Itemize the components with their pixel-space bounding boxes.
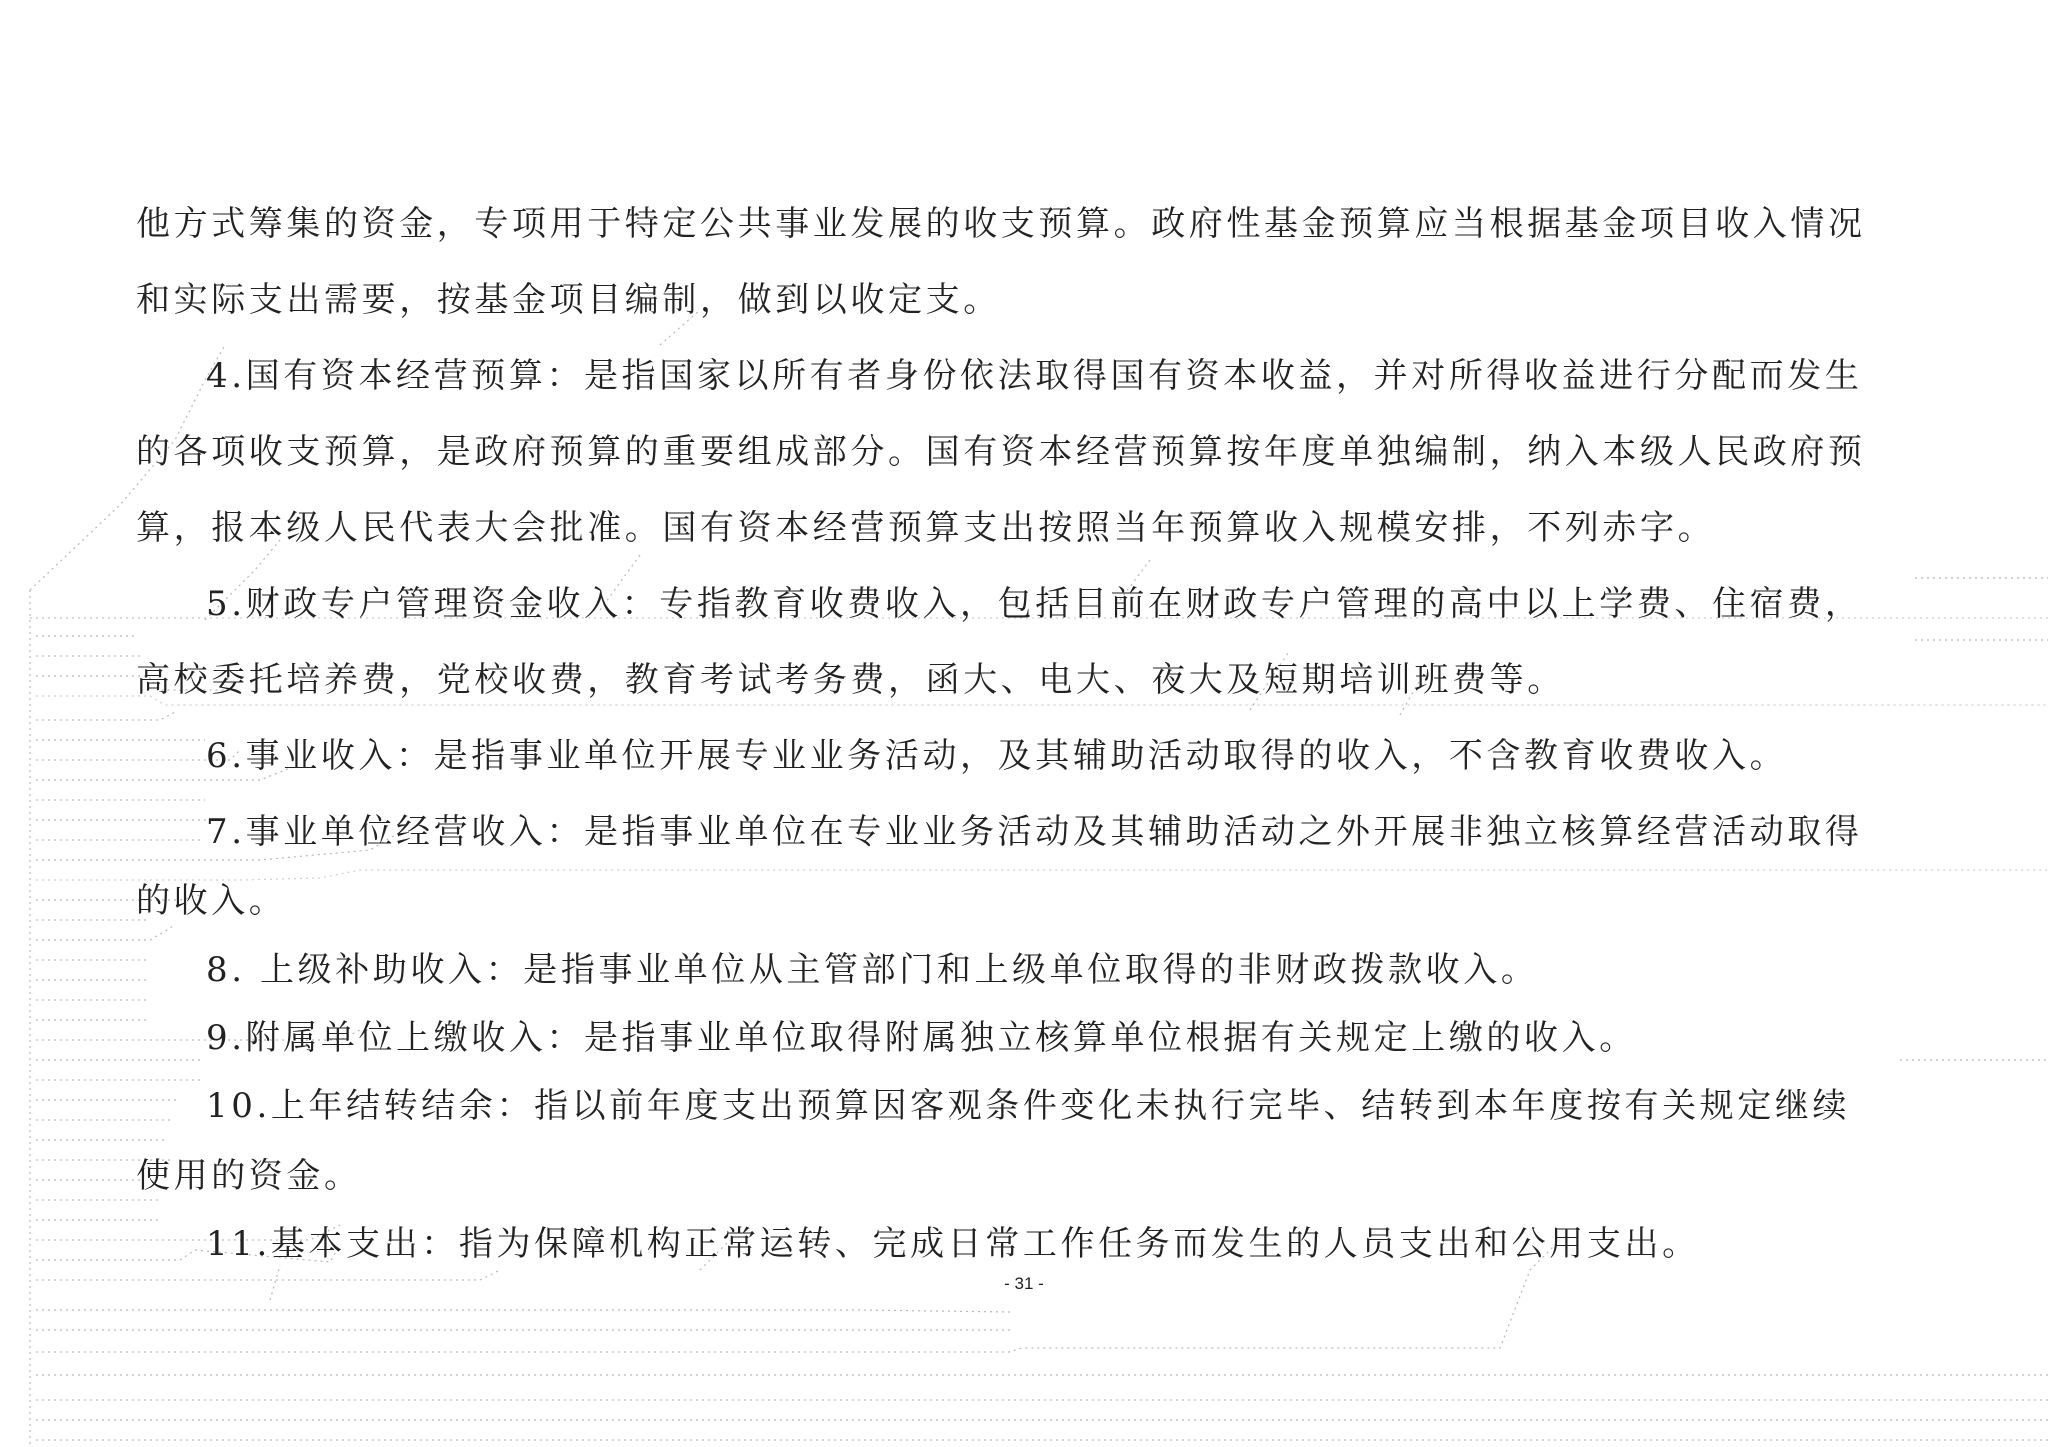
body-text-line: 使用的资金。 <box>136 1151 1916 1201</box>
paragraph-8-line: 8. 上级补助收入：是指事业单位从主管部门和上级单位取得的非财政拨款收入。 <box>206 945 1986 995</box>
body-text-line: 的各项收支预算，是政府预算的重要组成部分。国有资本经营预算按年度单独编制，纳入本… <box>136 427 1916 477</box>
paragraph-4-line: 4.国有资本经营预算：是指国家以所有者身份依法取得国有资本收益，并对所得收益进行… <box>206 351 1986 401</box>
paragraph-11-line: 11.基本支出：指为保障机构正常运转、完成日常工作任务而发生的人员支出和公用支出… <box>206 1219 1986 1269</box>
body-text-line: 的收入。 <box>136 876 1916 926</box>
body-text-line: 高校委托培养费，党校收费，教育考试考务费，函大、电大、夜大及短期培训班费等。 <box>136 655 1916 705</box>
body-text-line: 算，报本级人民代表大会批准。国有资本经营预算支出按照当年预算收入规模安排，不列赤… <box>136 503 1916 553</box>
paragraph-5-line: 5.财政专户管理资金收入：专指教育收费收入，包括目前在财政专户管理的高中以上学费… <box>206 579 1986 629</box>
body-text-line: 和实际支出需要，按基金项目编制，做到以收定支。 <box>136 275 1916 325</box>
paragraph-7-line: 7.事业单位经营收入：是指事业单位在专业业务活动及其辅助活动之外开展非独立核算经… <box>206 807 1986 857</box>
body-text-line: 他方式筹集的资金，专项用于特定公共事业发展的收支预算。政府性基金预算应当根据基金… <box>136 199 1916 249</box>
paragraph-6-line: 6.事业收入：是指事业单位开展专业业务活动，及其辅助活动取得的收入，不含教育收费… <box>206 731 1986 781</box>
page-number: - 31 - <box>994 1274 1054 1294</box>
paragraph-10-line: 10.上年结转结余：指以前年度支出预算因客观条件变化未执行完毕、结转到本年度按有… <box>206 1081 1986 1131</box>
document-page: 他方式筹集的资金，专项用于特定公共事业发展的收支预算。政府性基金预算应当根据基金… <box>0 0 2048 1447</box>
paragraph-9-line: 9.附属单位上缴收入：是指事业单位取得附属独立核算单位根据有关规定上缴的收入。 <box>206 1013 1986 1063</box>
